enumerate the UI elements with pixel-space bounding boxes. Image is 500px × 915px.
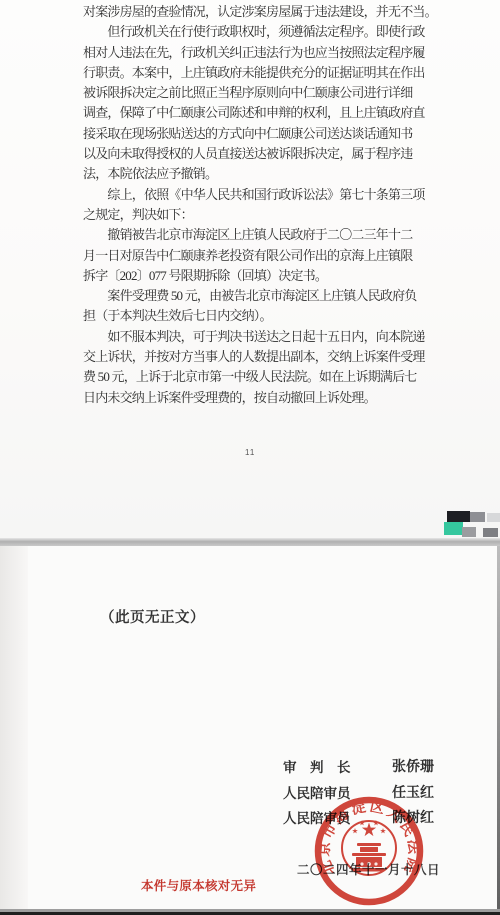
court-judgment-photo: 对案涉房屋的查验情况，认定涉案房屋属于违法建设，并无不当。 但行政机关在行使行政… <box>0 0 500 915</box>
watermark-block <box>483 528 498 537</box>
blank-page-notice: （此页无正文） <box>100 606 205 627</box>
judgment-body-text: 对案涉房屋的查验情况，认定涉案房屋属于违法建设，并无不当。 但行政机关在行使行政… <box>83 2 483 408</box>
document-line: 费 50 元，上诉于北京市第一中级人民法院。如在上诉期满后七 <box>83 367 483 387</box>
judgment-page-1: 对案涉房屋的查验情况，认定涉案房屋属于违法建设，并无不当。 但行政机关在行使行政… <box>0 0 500 540</box>
signer-name: 张侨珊 <box>392 756 434 776</box>
document-line: 但行政机关在行使行政职权时，须遵循法定程序。即使行政 <box>83 22 483 42</box>
national-emblem-icon <box>342 820 396 875</box>
document-line: 月一日对原告中仁颐康养老投资有限公司作出的京海上庄镇限 <box>83 246 483 266</box>
document-line: 调查，保障了中仁颐康公司陈述和申辩的权利，且上庄镇政府直 <box>83 103 483 123</box>
signature-row: 人民陪审员 陈树红 <box>0 807 500 825</box>
document-line: 行职责。本案中，上庄镇政府未能提供充分的证据证明其在作出 <box>83 63 483 83</box>
document-line: 接采取在现场张贴送达的方式向中仁颐康公司送达谈话通知书 <box>83 124 483 144</box>
watermark-block <box>470 512 485 522</box>
signer-role: 审 判 长 <box>283 756 351 776</box>
document-line: 之规定，判决如下： <box>83 205 483 225</box>
document-line: 担（于本判决生效后七日内交纳）。 <box>83 306 483 326</box>
document-line: 以及向未取得授权的人员直接送达被诉限拆决定，属于程序违 <box>83 144 483 164</box>
document-line: 交上诉状，并按对方当事人的人数提出副本，交纳上诉案件受理 <box>83 347 483 367</box>
document-line: 法，本院依法应予撤销。 <box>83 164 483 184</box>
verification-stamp: 本件与原本核对无异 <box>141 876 256 894</box>
document-line: 日内未交纳上诉案件受理费的，按自动撤回上诉处理。 <box>83 388 483 408</box>
document-line: 相对人违法在先，行政机关纠正违法行为也应当按照法定程序履 <box>83 43 483 63</box>
document-line: 综上，依照《中华人民共和国行政诉讼法》第七十条第三项 <box>83 185 483 205</box>
watermark-block <box>487 513 500 522</box>
document-line: 撤销被告北京市海淀区上庄镇人民政府于二〇二三年十二 <box>83 225 483 245</box>
page-edge-shade <box>0 546 28 915</box>
signature-row: 审 判 长 张侨珊 <box>0 756 500 774</box>
page-divider <box>0 538 500 546</box>
page-number: 11 <box>245 448 255 457</box>
judgment-page-2: （此页无正文） 审 判 长 张侨珊 人民陪审员 任玉红 人民陪审员 陈树红 二〇… <box>0 546 500 915</box>
document-line: 对案涉房屋的查验情况，认定涉案房屋属于违法建设，并无不当。 <box>83 2 483 22</box>
watermark-block <box>447 511 470 522</box>
watermark-block <box>462 527 476 537</box>
document-line: 案件受理费 50 元，由被告北京市海淀区上庄镇人民政府负 <box>83 286 483 306</box>
watermark-block <box>444 522 463 535</box>
court-seal: 北京市海淀区人民法院 <box>314 796 424 906</box>
document-line: 被诉限拆决定之前比照正当程序原则向中仁颐康公司进行详细 <box>83 83 483 103</box>
document-line: 如不服本判决，可于判决书送达之日起十五日内，向本院递 <box>83 327 483 347</box>
signature-row: 人民陪审员 任玉红 <box>0 782 500 800</box>
document-line: 拆字〔202〕077 号限期拆除（回填）决定书。 <box>83 266 483 286</box>
